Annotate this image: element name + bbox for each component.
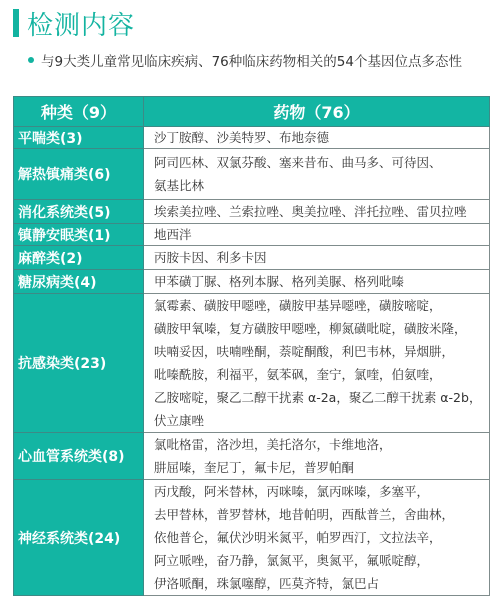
drug-line: 阿司匹林、双氯芬酸、塞来昔布、曲马多、可待因、 bbox=[154, 151, 485, 174]
drugs-cell: 沙丁胺醇、沙美特罗、布地奈德 bbox=[144, 127, 490, 149]
drug-line: 伊洛哌酮，珠氯噻醇，匹莫齐特，氯巴占 bbox=[154, 572, 485, 595]
drug-line: 沙丁胺醇、沙美特罗、布地奈德 bbox=[154, 127, 485, 148]
drug-line: 肼屈嗪，奎尼丁，氟卡尼，普罗帕酮 bbox=[154, 456, 485, 479]
drug-line: 埃索美拉唑、兰索拉唑、奥美拉唑、泮托拉唑、雷贝拉唑 bbox=[154, 200, 485, 223]
drug-line: 伏立康唑 bbox=[154, 409, 485, 432]
category-cell: 心血管系统类(8) bbox=[14, 433, 144, 480]
category-cell: 镇静安眠类(1) bbox=[14, 224, 144, 246]
drug-line: 地西泮 bbox=[154, 224, 485, 245]
drug-line: 丙戊酸，阿米替林，丙咪嗪，氯丙咪嗪，多塞平， bbox=[154, 480, 485, 503]
drug-line: 甲苯磺丁脲、格列本脲、格列美脲、格列吡嗪 bbox=[154, 270, 485, 293]
drug-line: 呋喃妥因，呋喃唑酮，萘啶酮酸，利巴韦林，异烟肼， bbox=[154, 340, 485, 363]
drug-line: 依他普仑，氟伏沙明米氮平，帕罗西汀，文拉法辛， bbox=[154, 526, 485, 549]
table-row: 解热镇痛类(6)阿司匹林、双氯芬酸、塞来昔布、曲马多、可待因、氨基比林 bbox=[14, 149, 490, 200]
drug-line: 氨基比林 bbox=[154, 174, 485, 197]
drug-line: 乙胺嘧啶，聚乙二醇干扰素 α-2a，聚乙二醇干扰素 α-2b， bbox=[154, 386, 485, 409]
table-row: 抗感染类(23)氯霉素、磺胺甲噁唑，磺胺甲基异噁唑，磺胺嘧啶，磺胺甲氧嗪，复方磺… bbox=[14, 294, 490, 433]
drug-table: 种类（9） 药物（76） 平喘类(3)沙丁胺醇、沙美特罗、布地奈德解热镇痛类(6… bbox=[13, 96, 490, 596]
table-row: 糖尿病类(4)甲苯磺丁脲、格列本脲、格列美脲、格列吡嗪 bbox=[14, 270, 490, 294]
drug-line: 去甲替林，普罗替林，地昔帕明，西酞普兰，舍曲林， bbox=[154, 503, 485, 526]
section-heading: 检测内容 bbox=[13, 6, 135, 40]
header-drugs: 药物（76） bbox=[144, 97, 490, 127]
subtitle: 与9大类儿童常见临床疾病、76种临床药物相关的54个基因位点多态性 bbox=[28, 50, 462, 70]
table-row: 神经系统类(24)丙戊酸，阿米替林，丙咪嗪，氯丙咪嗪，多塞平，去甲替林，普罗替林… bbox=[14, 480, 490, 596]
header-category: 种类（9） bbox=[14, 97, 144, 127]
drugs-cell: 甲苯磺丁脲、格列本脲、格列美脲、格列吡嗪 bbox=[144, 270, 490, 294]
drugs-cell: 埃索美拉唑、兰索拉唑、奥美拉唑、泮托拉唑、雷贝拉唑 bbox=[144, 200, 490, 224]
category-cell: 抗感染类(23) bbox=[14, 294, 144, 433]
drug-line: 阿立哌唑，奋乃静，氯氮平，奥氮平，氟哌啶醇， bbox=[154, 549, 485, 572]
drug-line: 丙胺卡因、利多卡因 bbox=[154, 246, 485, 269]
drug-line: 吡嗪酰胺，利福平，氨苯砜，奎宁，氯喹，伯氨喹， bbox=[154, 363, 485, 386]
table-row: 消化系统类(5)埃索美拉唑、兰索拉唑、奥美拉唑、泮托拉唑、雷贝拉唑 bbox=[14, 200, 490, 224]
drug-line: 氯霉素、磺胺甲噁唑，磺胺甲基异噁唑，磺胺嘧啶， bbox=[154, 294, 485, 317]
category-cell: 糖尿病类(4) bbox=[14, 270, 144, 294]
title-accent-bar bbox=[13, 9, 19, 37]
category-cell: 解热镇痛类(6) bbox=[14, 149, 144, 200]
drug-line: 磺胺甲氧嗪，复方磺胺甲噁唑，柳氮磺吡啶，磺胺米隆， bbox=[154, 317, 485, 340]
drugs-cell: 氯吡格雷，洛沙坦，美托洛尔，卡维地洛，肼屈嗪，奎尼丁，氟卡尼，普罗帕酮 bbox=[144, 433, 490, 480]
table-row: 平喘类(3)沙丁胺醇、沙美特罗、布地奈德 bbox=[14, 127, 490, 149]
drugs-cell: 丙胺卡因、利多卡因 bbox=[144, 246, 490, 270]
table-row: 心血管系统类(8)氯吡格雷，洛沙坦，美托洛尔，卡维地洛，肼屈嗪，奎尼丁，氟卡尼，… bbox=[14, 433, 490, 480]
subtitle-text: 与9大类儿童常见临床疾病、76种临床药物相关的54个基因位点多态性 bbox=[41, 50, 462, 70]
page-title: 检测内容 bbox=[27, 5, 135, 42]
bullet-icon bbox=[28, 57, 34, 63]
category-cell: 消化系统类(5) bbox=[14, 200, 144, 224]
drugs-cell: 氯霉素、磺胺甲噁唑，磺胺甲基异噁唑，磺胺嘧啶，磺胺甲氧嗪，复方磺胺甲噁唑，柳氮磺… bbox=[144, 294, 490, 433]
table-row: 镇静安眠类(1)地西泮 bbox=[14, 224, 490, 246]
drug-line: 氯吡格雷，洛沙坦，美托洛尔，卡维地洛， bbox=[154, 433, 485, 456]
drugs-cell: 阿司匹林、双氯芬酸、塞来昔布、曲马多、可待因、氨基比林 bbox=[144, 149, 490, 200]
category-cell: 麻醉类(2) bbox=[14, 246, 144, 270]
category-cell: 神经系统类(24) bbox=[14, 480, 144, 596]
table-row: 麻醉类(2)丙胺卡因、利多卡因 bbox=[14, 246, 490, 270]
drugs-cell: 地西泮 bbox=[144, 224, 490, 246]
category-cell: 平喘类(3) bbox=[14, 127, 144, 149]
drugs-cell: 丙戊酸，阿米替林，丙咪嗪，氯丙咪嗪，多塞平，去甲替林，普罗替林，地昔帕明，西酞普… bbox=[144, 480, 490, 596]
table-header-row: 种类（9） 药物（76） bbox=[14, 97, 490, 127]
